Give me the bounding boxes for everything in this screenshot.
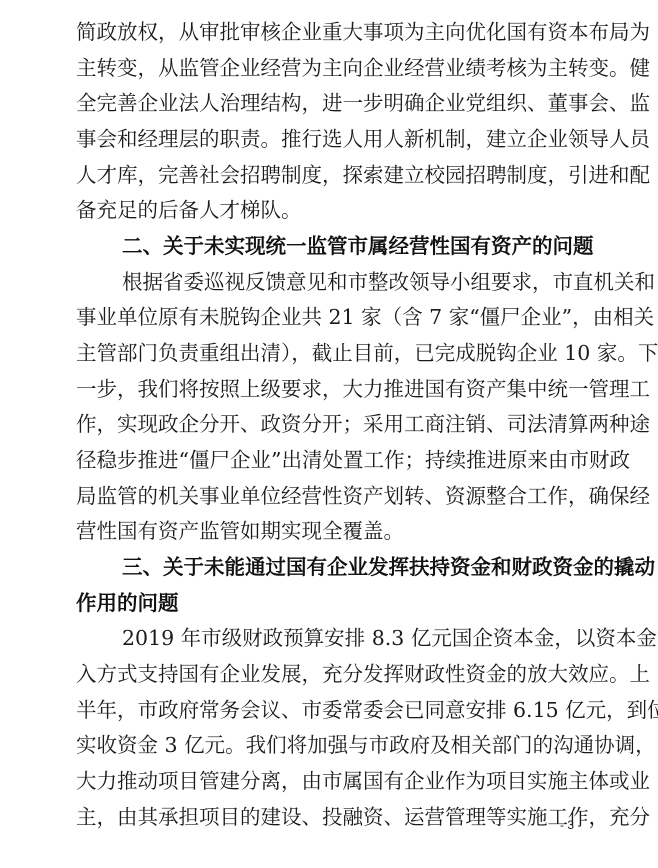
paragraph-line: 径稳步推进“僵尸企业”出清处置工作；持续推进原来由市财政: [76, 442, 582, 478]
paragraph-line: 事业单位原有未脱钩企业共 21 家（含 7 家“僵尸企业”，由相关: [76, 299, 582, 335]
paragraph-line: 入方式支持国有企业发展，充分发挥财政性资金的放大效应。上: [76, 656, 582, 692]
paragraph-line: 局监管的机关事业单位经营性资产划转、资源整合工作，确保经: [76, 478, 582, 514]
paragraph-line: 半年，市政府常务会议、市委常委会已同意安排 6.15 亿元，到位: [76, 692, 582, 728]
page-number: - 3 -: [560, 818, 581, 832]
paragraph-line: 简政放权，从审批审核企业重大事项为主向优化国有资本布局为: [76, 14, 582, 50]
paragraph-line: 主，由其承担项目的建设、投融资、运营管理等实施工作，充分: [76, 799, 582, 835]
section-heading-3-cont: 作用的问题: [76, 585, 582, 621]
paragraph-line: 根据省委巡视反馈意见和市整改领导小组要求，市直机关和: [122, 264, 582, 300]
paragraph-line: 作，实现政企分开、政资分开；采用工商注销、司法清算两种途: [76, 406, 582, 442]
paragraph-line: 事会和经理层的职责。推行选人用人新机制，建立企业领导人员: [76, 121, 582, 157]
paragraph-line: 主转变，从监管企业经营为主向企业经营业绩考核为主转变。健: [76, 50, 582, 86]
section-heading-2: 二、关于未实现统一监管市属经营性国有资产的问题: [122, 228, 582, 264]
paragraph-line: 大力推动项目管建分离，由市属国有企业作为项目实施主体或业: [76, 763, 582, 799]
paragraph-line: 营性国有资产监管如期实现全覆盖。: [76, 513, 582, 549]
paragraph-line: 主管部门负责重组出清），截止目前，已完成脱钩企业 10 家。下: [76, 335, 582, 371]
document-page: 简政放权，从审批审核企业重大事项为主向优化国有资本布局为 主转变，从监管企业经营…: [0, 0, 658, 868]
paragraph-line: 实收资金 3 亿元。我们将加强与市政府及相关部门的沟通协调，: [76, 727, 582, 763]
paragraph-line: 全完善企业法人治理结构，进一步明确企业党组织、董事会、监: [76, 85, 582, 121]
paragraph-line: 2019 年市级财政预算安排 8.3 亿元国企资本金，以资本金注: [122, 620, 582, 656]
section-heading-3: 三、关于未能通过国有企业发挥扶持资金和财政资金的撬动: [122, 549, 582, 585]
paragraph-line: 一步，我们将按照上级要求，大力推进国有资产集中统一管理工: [76, 371, 582, 407]
paragraph-line: 人才库，完善社会招聘制度，探索建立校园招聘制度，引进和配: [76, 157, 582, 193]
paragraph-line: 备充足的后备人才梯队。: [76, 192, 582, 228]
